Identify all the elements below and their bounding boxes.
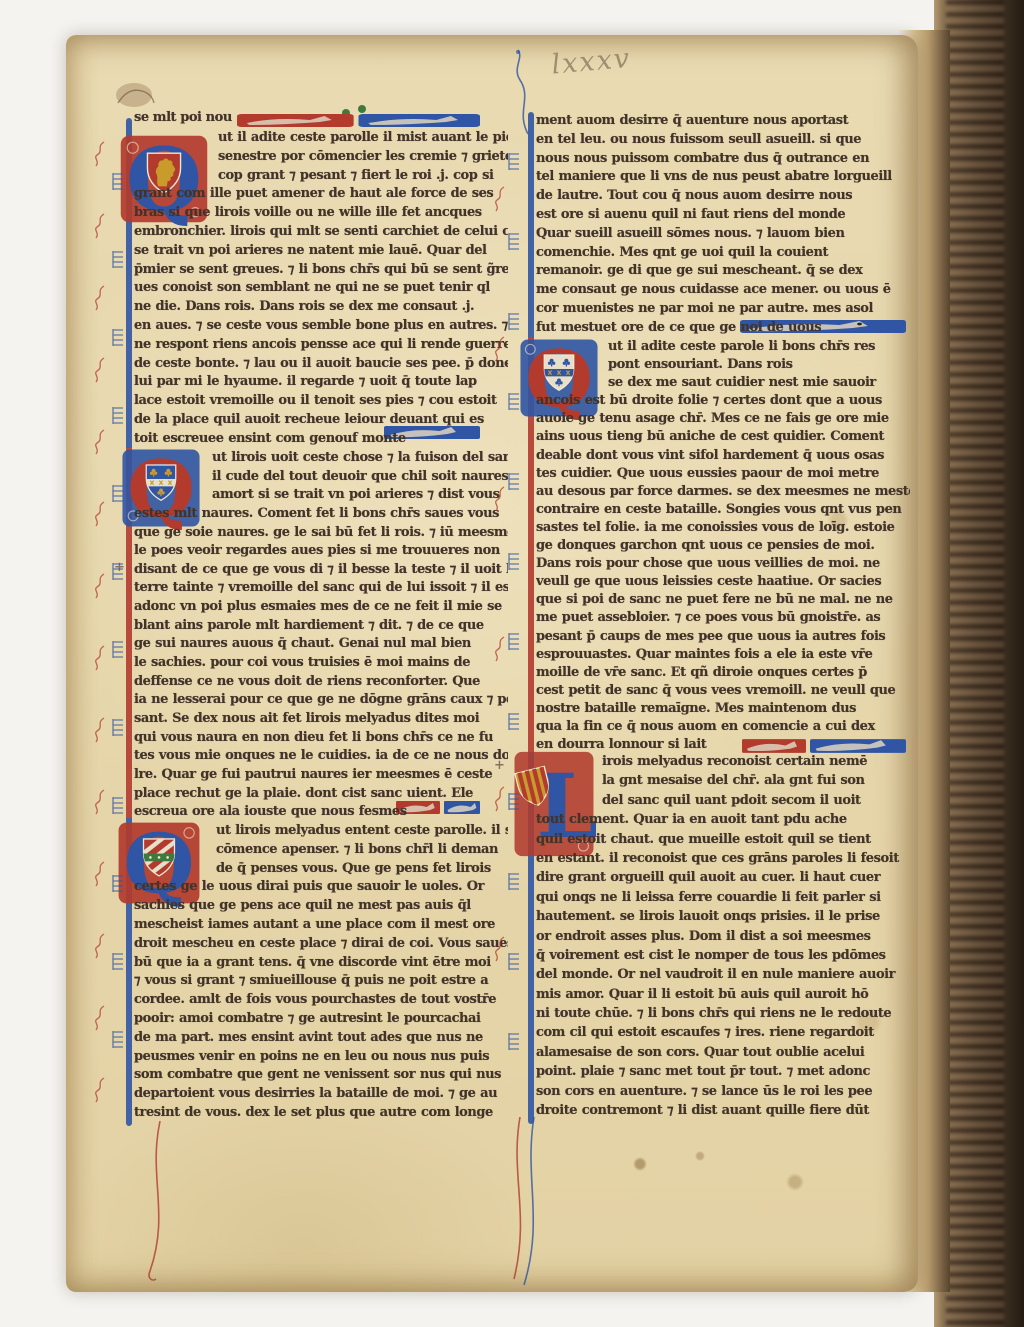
text-line: nostre bataille remaīgne. Mes maintenom … [536,700,910,718]
text-line: ne die. Dans rois. Dans rois se dex me c… [134,298,508,317]
margin-flourish-red [92,356,108,384]
text-paragraph: ment auom desirre q̄ auenture nous aport… [536,112,910,338]
text-line: la gnt mesaise del chr̄. ala gnt fui son [536,771,910,790]
margin-flourish-red [92,716,108,744]
text-line: droit mescheu en ceste place ⁊ dirai de … [134,935,508,954]
text-line: com cil qui estoit escaufes ⁊ ires. rien… [536,1023,910,1042]
text-line: me puet assebloier. ⁊ ce poes vous bū gn… [536,609,910,627]
text-line: de la place quil auoit recheue leiour de… [134,411,508,430]
text-line: Dans rois pour chose que uous veillies d… [536,555,910,573]
text-line: ut lirois uoit ceste chose ⁊ la fuison d… [134,449,508,468]
text-line: cōmence apenser. ⁊ li bons chr̄l li dema… [134,841,508,860]
text-line: deable dont vous vint sifol hardement q̄… [536,447,910,465]
margin-flourish-blue [506,150,522,178]
margin-flourish-blue [110,170,126,198]
text-line: tes vous mie onques ne le cuidies. ia de… [134,747,508,766]
text-line: tel maniere que li vns de nus peust abat… [536,168,910,187]
text-line: sant. Se dex nous ait fet lirois melyadu… [134,710,508,729]
text-line: esprouuastes. Quar maintes fois a ele ia… [536,646,910,664]
text-line: pesant p̄ caups de mes pee que uous ia a… [536,628,910,646]
text-line: lace estoit vremoille ou il tenoit ses p… [134,392,508,411]
text-line: pont ensouriant. Dans rois [536,356,910,374]
text-paragraph: ut il adite ceste parolle il mist auant … [134,129,508,449]
text-line: droite contremont ⁊ li dist auant quille… [536,1101,910,1120]
text-line: contraire en ceste bataille. Songies vou… [536,501,910,519]
text-line: son cors en auenture. ⁊ se lance ūs le r… [536,1082,910,1101]
text-line: p̄mier se sent greues. ⁊ li bons chr̄s q… [134,261,508,280]
margin-flourish-red [92,140,108,168]
text-line: ues conoist son semblant ne qui ne se pu… [134,279,508,298]
text-line: del monde. Or nel vaudroit il en nule ma… [536,965,910,984]
margin-flourish-red [492,335,508,363]
text-line: est ore si auenu quil ni faut riens del … [536,206,910,225]
margin-cross: + [494,758,505,773]
facing-page-text-blur [946,0,1004,1327]
text-paragraph: ut il adite ceste parole li bons chr̄s r… [536,338,910,754]
text-line: ancois est bū droite folie ⁊ certes dont… [536,392,910,410]
margin-flourish-red [492,935,508,963]
text-line: veull ge que uous leissies ceste haatiue… [536,573,910,591]
text-line: le sachies. pour coi vous truisies ē moi… [134,654,508,673]
text-line: pooir: amoi combatre ⁊ ge autresint le p… [134,1010,508,1029]
line-filler-decoration [237,112,480,129]
margin-flourish-red [92,284,108,312]
margin-flourish-red [92,932,108,960]
text-line: q̄ voirement est cist le nomper de tous … [536,946,910,965]
text-line: estes mlt naures. Coment fet li bons chr… [134,505,508,524]
text-line: en estant. il reconoist que ces grāns pa… [536,849,910,868]
text-line: cest petit de sanc q̄ vous vees vremoill… [536,682,910,700]
text-line: de ma part. mes ensint avint tout ades q… [134,1029,508,1048]
text-line: ut il adite ceste parolle il mist auant … [134,129,508,148]
text-line: peusmes venir en poins ne en leu ou nous… [134,1048,508,1067]
margin-flourish-blue [506,630,522,658]
margin-flourish-red [92,428,108,456]
text-line: disant de ce que ge vous di ⁊ il besse l… [134,561,508,580]
text-line: toit escreuee ensint com genouf monte [134,430,508,449]
margin-flourish-blue [506,390,522,418]
text-line: se trait vn poi arieres ne natent mie la… [134,242,508,261]
text-line: alamesaise de son cors. Quar tout oublie… [536,1043,910,1062]
margin-flourish-red [92,788,108,816]
text-line: ne respont riens ancois pensse ace qui l… [134,336,508,355]
text-line: adonc vn poi plus esmaies mes de ce ne f… [134,598,508,617]
text-line: fut mestuet ore de ce que ge noi de uous [536,319,910,338]
text-line: comenchie. Mes qnt ge uoi quil la couien… [536,244,910,263]
text-line: en aues. ⁊ se ceste vous semble bone plu… [134,317,508,336]
text-line: ut lirois melyadus entent ceste parolle.… [134,822,508,841]
text-line: sastes tel folie. ia me conoissies vous … [536,519,910,537]
margin-flourish-blue [110,950,126,978]
margin-flourish-red [492,785,508,813]
text-line: dire grant orgueill quil auoit au cuer. … [536,868,910,887]
text-line: que ge soie naures. ge le sai bū fet li … [134,524,508,543]
margin-flourish-red [92,1076,108,1104]
text-line: ge donques garchon qnt uous ce pensies d… [536,537,910,555]
text-paragraph: ut lirois melyadus entent ceste parolle.… [134,822,508,1123]
text-line: nous nous puissom combatre dus q̄ outran… [536,150,910,169]
manuscript-photo: lxxxv se mlt poi nou [0,0,1024,1327]
margin-flourish-blue [506,1030,522,1058]
margin-flourish-blue [506,310,522,338]
margin-flourish-blue [110,248,126,276]
text-line: som combatre que gent ne venissent sor n… [134,1066,508,1085]
text-line: embronchier. lirois qui mlt se senti car… [134,223,508,242]
margin-flourish-blue [506,550,522,578]
text-line: lui par mi le hyaume. il regarde ⁊ uoit … [134,373,508,392]
text-line: qui onqs ne li leissa ferre couardie li … [536,888,910,907]
margin-flourish-red [92,500,108,528]
text-line: auoie ge tenu asage chr̄. Mes ce ne fais… [536,410,910,428]
text-line: se dex me saut cuidier nest mie sauoir [536,374,910,392]
margin-flourish-blue [110,482,126,510]
margin-flourish-blue [506,230,522,258]
text-line: terre tainte ⁊ vremoille del sanc qui de… [134,579,508,598]
margin-flourish-red [492,185,508,213]
text-line: ment auom desirre q̄ auenture nous aport… [536,112,910,131]
margin-flourish-red [92,572,108,600]
text-line: irois melyadus reconoist certain nemē [536,752,910,771]
text-line: escreua ore ala iouste que nous fesmes [134,803,508,822]
text-line: le poes veoir regardes aues pies si me t… [134,542,508,561]
text-line: qua la fin ce q̄ nous auom en comencie a… [536,718,910,736]
text-line: de lautre. Tout cou q̄ nous auom desirre… [536,187,910,206]
pen-flourish-top [498,48,544,136]
text-line: tresint de vous. dex le set plus que aut… [134,1104,508,1123]
text-line: tout clement. Quar ia en auoit tant pdu … [536,810,910,829]
text-line: remanoir. ge di que ge sui mescheant. q̄… [536,262,910,281]
text-line: cop grant ⁊ pesant ⁊ fiert le roi .j. co… [134,167,508,186]
text-line: de q̄ penses vous. Que ge pens fet liroi… [134,860,508,879]
text-line: que si poi de sanc ne puet fere ne bū ne… [536,591,910,609]
margin-flourish-blue [506,950,522,978]
margin-flourish-red [92,860,108,888]
margin-flourish-blue [506,870,522,898]
text-line: en tel leu. ou nous fuissom seull asueil… [536,131,910,150]
text-line: point. plaie ⁊ sanc met tout p̄r tout. ⁊… [536,1062,910,1081]
margin-flourish-blue [506,790,522,818]
pen-flourish-descender-left [128,1121,188,1285]
text-line: ⁊ vous si grant ⁊ smiueillouse q̄ puis n… [134,972,508,991]
margin-flourish-blue [506,710,522,738]
text-line: quil estoit chaut. que mueille estoit qu… [536,830,910,849]
text-line: ia ne lesserai pour ce que ge ne dōgne g… [134,691,508,710]
text-line: certes ge le uous dirai puis que sauoir … [134,878,508,897]
text-line: amort si se trait vn poi arieres ⁊ dist … [134,486,508,505]
column-ruling-bar-right [528,112,534,1124]
text-paragraph: ut lirois uoit ceste chose ⁊ la fuison d… [134,449,508,822]
text-line: senestre por cōmencier les cremie ⁊ grie… [134,148,508,167]
text-line: ge sui naures auous q̄ chaut. Genai nul … [134,635,508,654]
text-line: deffense ce ne vous doit de riens reconf… [134,673,508,692]
margin-flourish-blue [110,560,126,588]
text-line: bras si que lirois voille ou ne wille il… [134,204,508,223]
text-line: me consaut ge nous cuidasse ace mener. o… [536,281,910,300]
text-line: hautement. se lirois lauoit onqs prisies… [536,907,910,926]
text-line: bū que ia a grant tens. q̄ vne discorde … [134,954,508,973]
text-line: ni toute chūe. ⁊ li bons chr̄s qui riens… [536,1004,910,1023]
text-line: il cude del tout deuoir que chil soit na… [134,468,508,487]
parchment-leaf: lxxxv se mlt poi nou [66,35,918,1292]
margin-flourish-blue [110,1028,126,1056]
text-line: ut il adite ceste parole li bons chr̄s r… [536,338,910,356]
margin-flourish-blue [506,470,522,498]
text-line: lre. Quar ge fui pautrui naures ier mees… [134,766,508,785]
text-line: place rechut ge la plaie. dont cist sanc… [134,785,508,804]
text-line: ains uous tieng bū aniche de cest quidie… [536,428,910,446]
header-catchword: se mlt poi nou [134,108,244,127]
column-ruling-bar-left [126,118,132,1126]
margin-flourish-blue [110,716,126,744]
text-line: grant com ille puet amener de haut ale f… [134,185,508,204]
text-line: del sanc quil uant pdoit secom il uoit [536,791,910,810]
text-line: mis amor. Quar il li estoit bū auis quil… [536,985,910,1004]
text-line: sachies que ge pens ace quil ne mest pas… [134,897,508,916]
margin-flourish-red [92,644,108,672]
margin-flourish-blue [110,872,126,900]
margin-flourish-red [92,1004,108,1032]
text-line: blant ains parole mlt hardiement ⁊ dit. … [134,617,508,636]
text-line: de ceste bonte. ⁊ lau ou il auoit baucie… [134,355,508,374]
text-line: moille de vr̄e sanc. Et qñ diroie onques… [536,664,910,682]
text-line: or endroit asses plus. Dom il dist a soi… [536,927,910,946]
text-line: tes cuidier. Que uous eussies paour de m… [536,465,910,483]
text-line: departoient vous desirries la bataille d… [134,1085,508,1104]
pen-flourish-descender-right [490,1117,562,1293]
text-line: cordee. amlt de fois vous pourchastes de… [134,991,508,1010]
margin-flourish-blue [110,404,126,432]
folio-number: lxxxv [550,38,683,93]
margin-flourish-red [492,635,508,663]
text-line: au desous par force darmes. se dex meesm… [536,483,910,501]
margin-flourish-blue [110,638,126,666]
margin-flourish-blue [110,326,126,354]
text-line: mescheist iames autant a une place com i… [134,916,508,935]
margin-flourish-red [92,212,108,240]
margin-flourish-red [492,485,508,513]
text-line: qui vous naura en non dieu fet li bons c… [134,729,508,748]
text-paragraph: irois melyadus reconoist certain nemēla … [536,752,910,1120]
margin-flourish-blue [110,794,126,822]
text-line: cor muenistes ne par moi ne par autre. m… [536,300,910,319]
text-line: Quar sueill asueill sōmes nous. ⁊ lauom … [536,225,910,244]
